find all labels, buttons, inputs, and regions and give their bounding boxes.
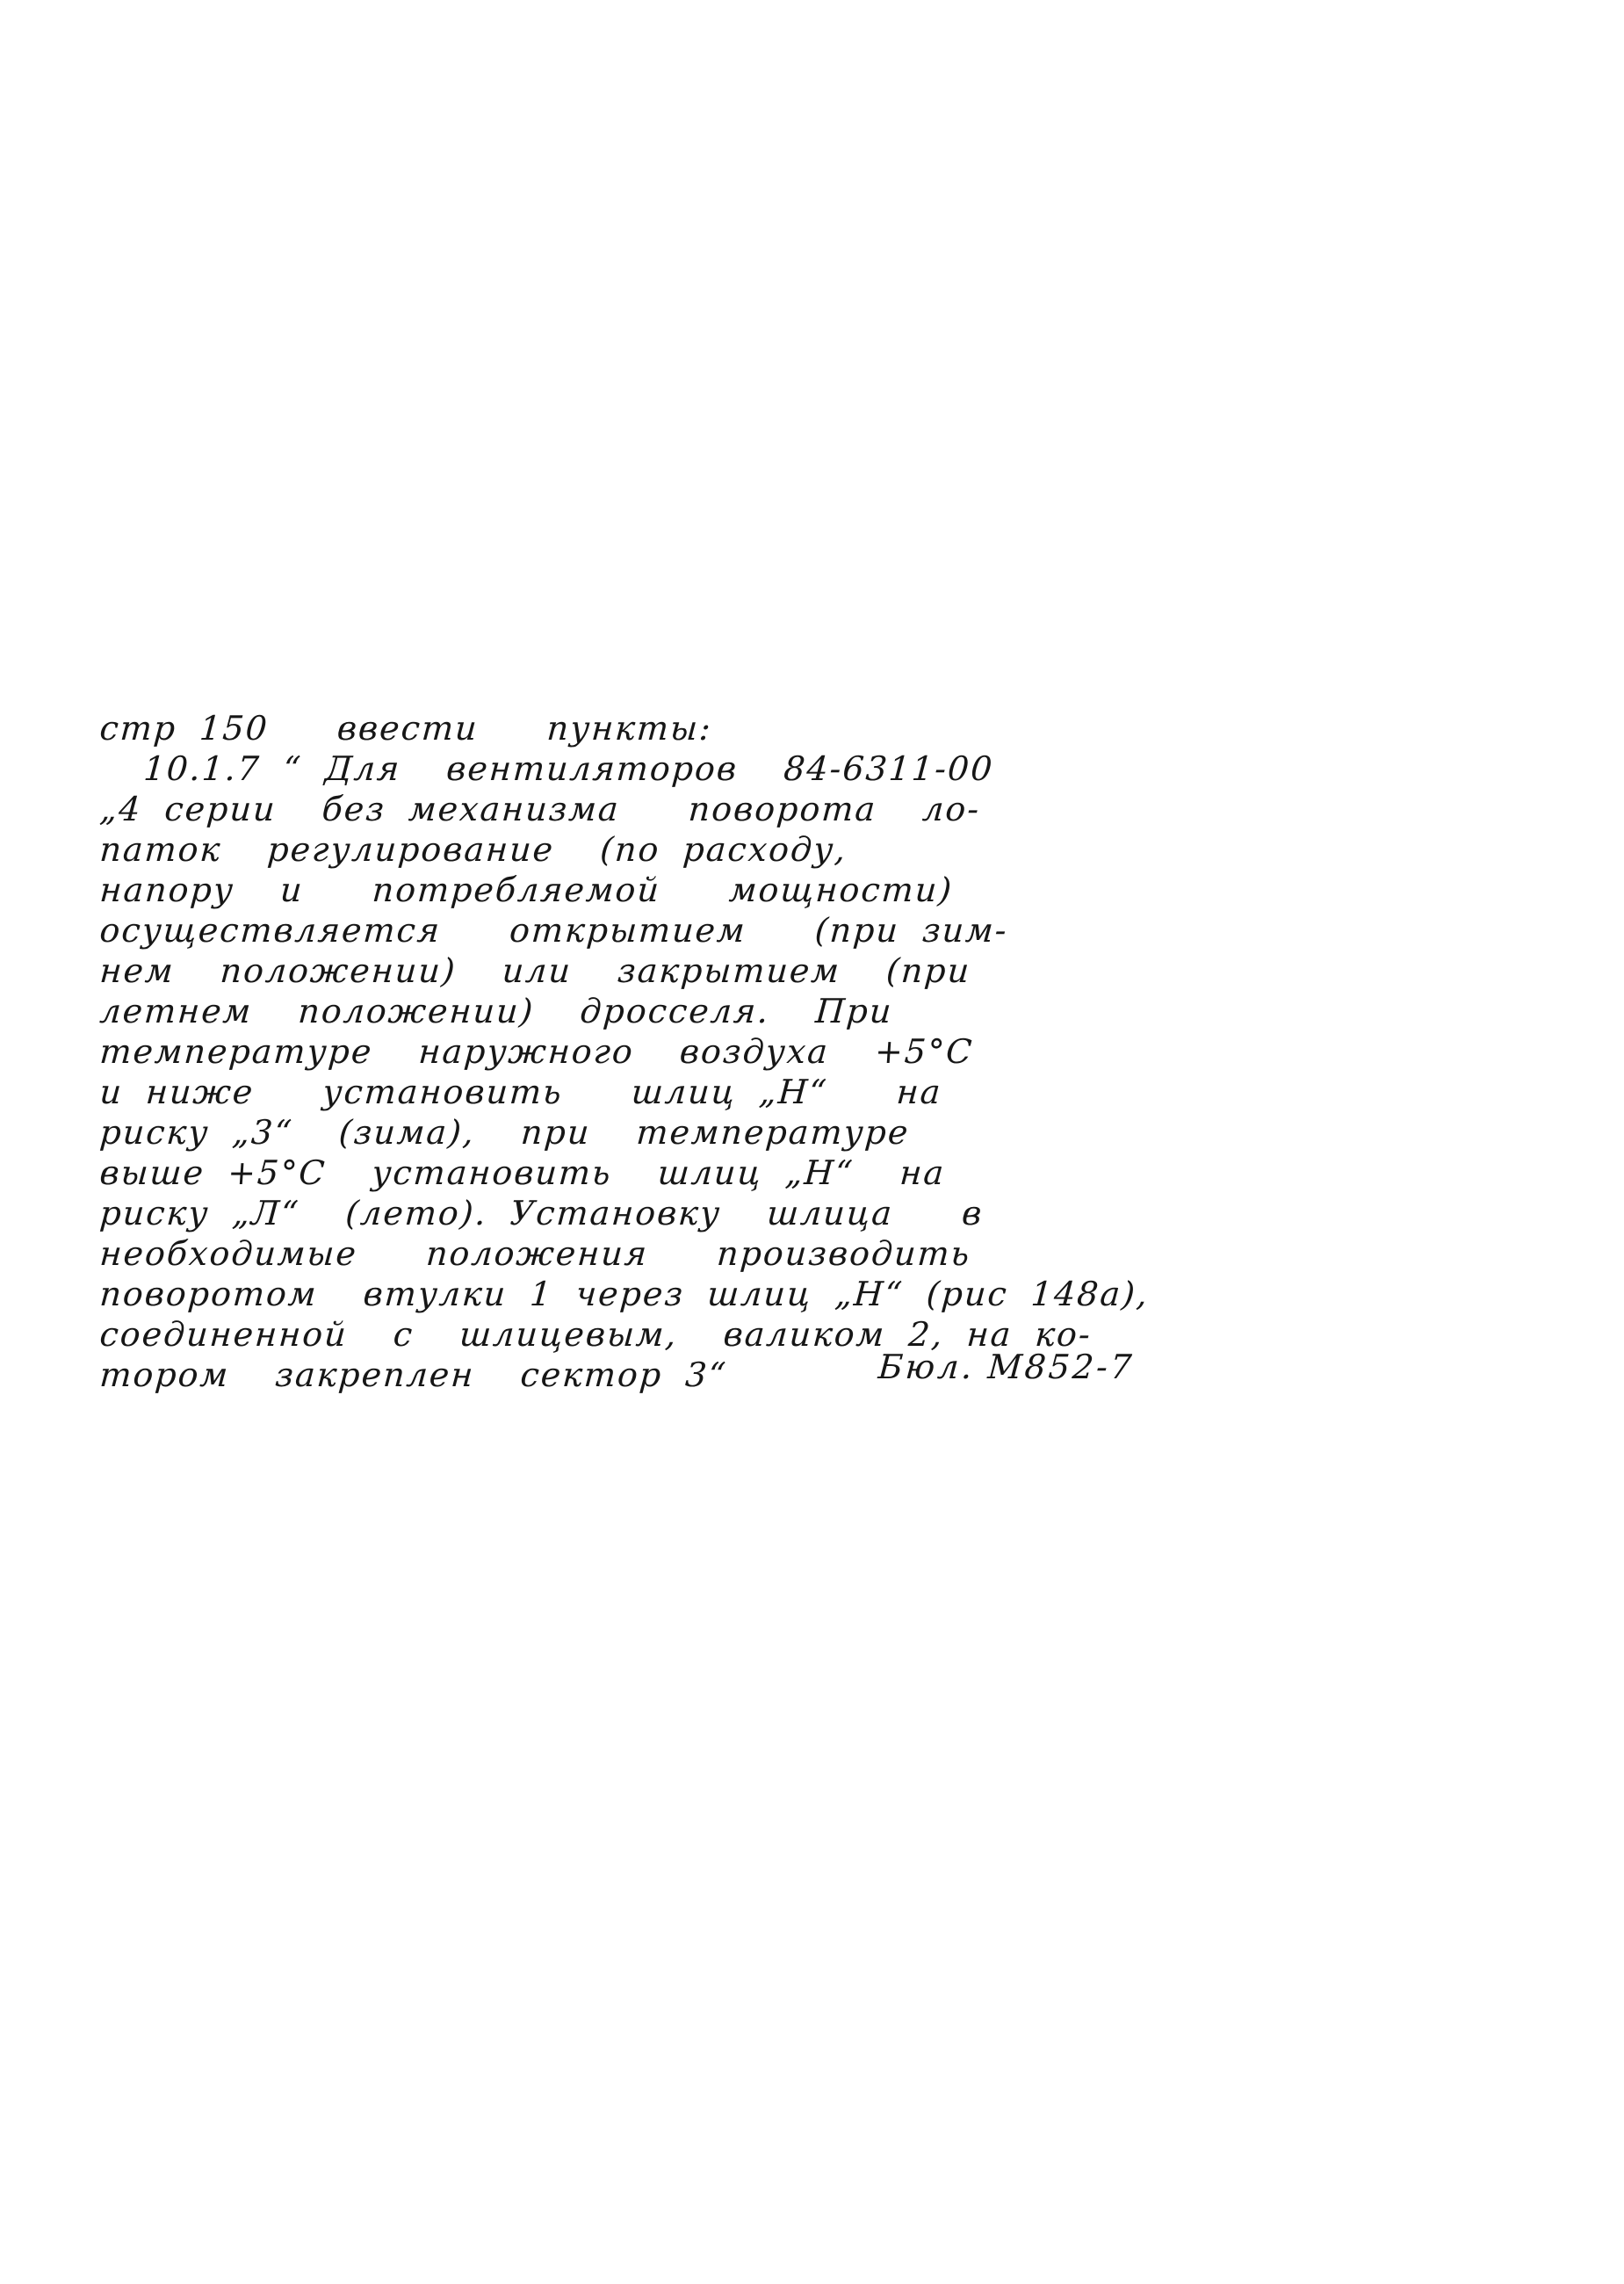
handwritten-line-5: напору и потребляемой мощности)	[98, 870, 1304, 910]
handwritten-line-2: 10.1.7 “ Для вентиляторов 84-6311-00	[98, 748, 1304, 789]
scanned-page: стр 150 ввести пункты: 10.1.7 “ Для вент…	[0, 0, 1624, 2284]
handwritten-line-12: выше +5°С установить шлиц „Н“ на	[98, 1153, 1304, 1193]
handwritten-line-3: „4 серии без механизма поворота ло-	[98, 789, 1304, 829]
handwritten-line-9: температуре наружного воздуха +5°С	[98, 1031, 1304, 1072]
handwritten-line-15: поворотом втулки 1 через шлиц „Н“ (рис 1…	[98, 1274, 1304, 1314]
handwritten-line-14: необходимые положения производить	[98, 1233, 1304, 1274]
handwritten-text-block: стр 150 ввести пункты: 10.1.7 “ Для вент…	[98, 708, 1302, 1395]
handwritten-line-11: риску „3“ (зима), при температуре	[98, 1112, 1304, 1153]
handwritten-line-8: летнем положении) дросселя. При	[98, 991, 1304, 1031]
handwritten-line-6: осуществляется открытием (при зим-	[98, 910, 1304, 950]
bulletin-reference: Бюл. М852-7	[877, 1348, 1135, 1386]
handwritten-line-13: риску „Л“ (лето). Установку шлица в	[98, 1193, 1304, 1233]
handwritten-line-10: и ниже установить шлиц „Н“ на	[98, 1072, 1304, 1112]
handwritten-line-4: паток регулирование (по расходу,	[98, 829, 1304, 870]
handwritten-line-1: стр 150 ввести пункты:	[98, 708, 1304, 748]
handwritten-line-7: нем положении) или закрытием (при	[98, 950, 1304, 991]
